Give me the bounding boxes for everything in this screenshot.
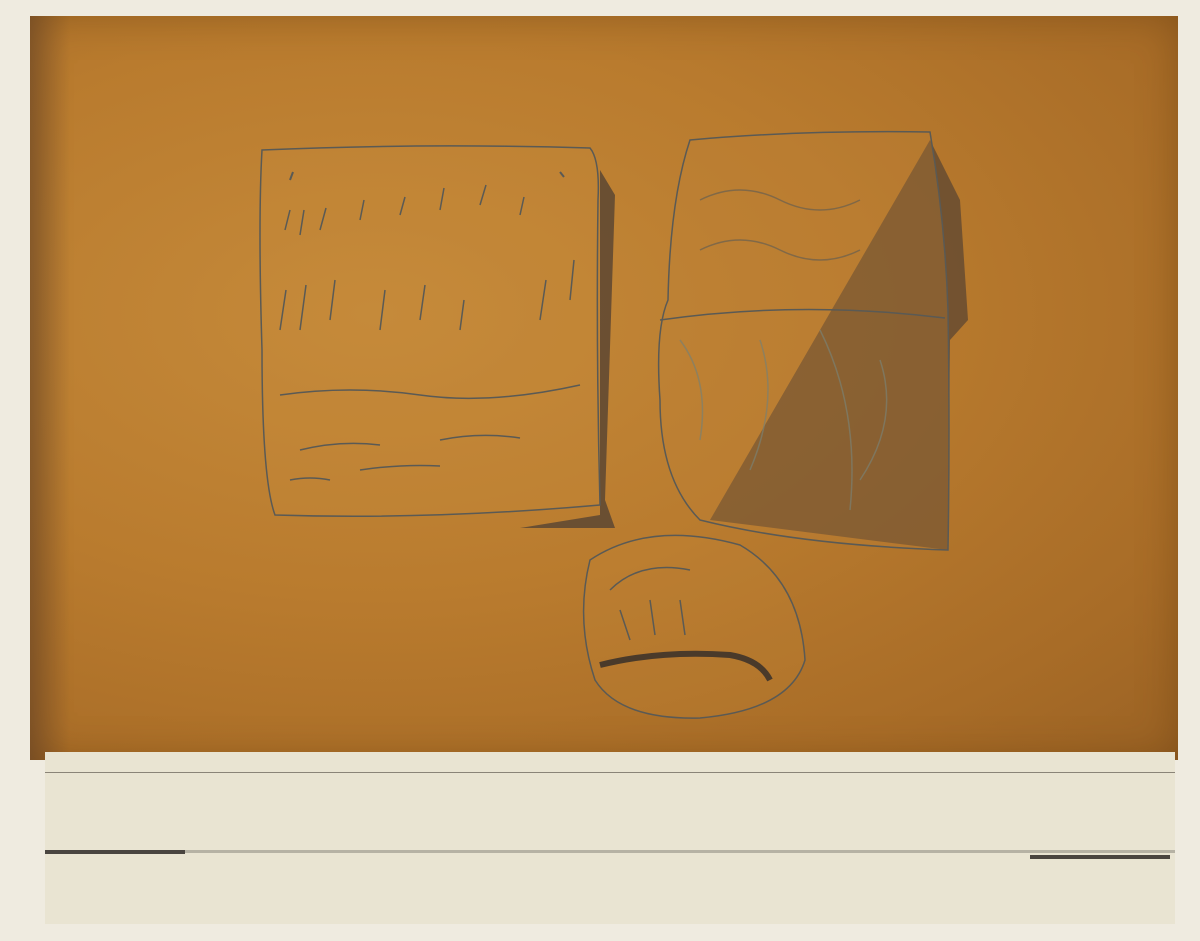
- right-tablet: [659, 132, 968, 550]
- left-tablet: [260, 146, 615, 528]
- round-object: [584, 535, 805, 718]
- sketch-drawing: [0, 0, 1200, 941]
